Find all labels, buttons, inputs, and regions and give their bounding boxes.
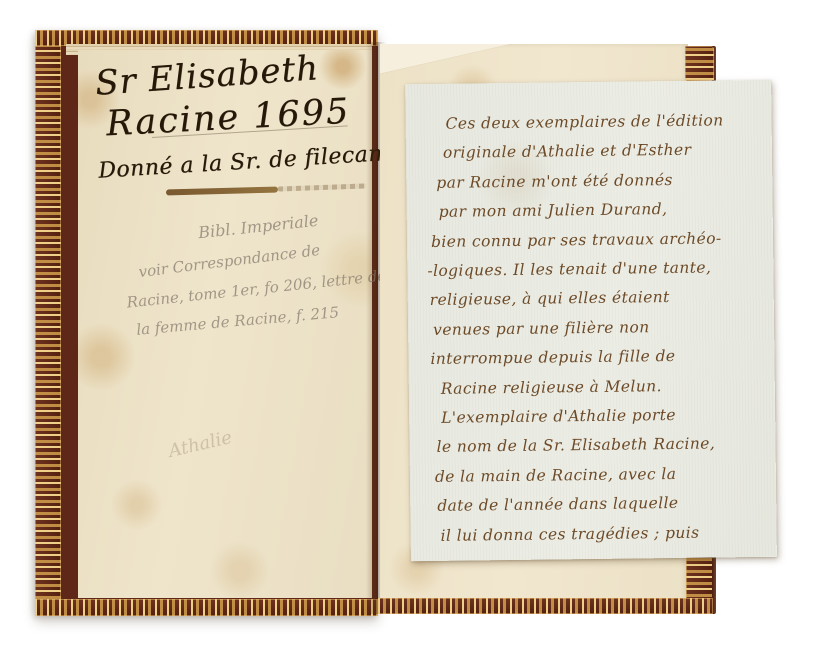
letter-line: -logiques. Il les tenait d'une tante, [427,253,765,287]
gilt-corner-top-right [685,46,714,80]
letter-line: interrompue depuis la fille de [430,341,766,375]
letter-line: de la main de Racine, avec la [435,459,768,492]
page-corner-fold [380,44,512,74]
inserted-letter-sheet: Ces deux exemplaires de l'édition origin… [405,80,777,561]
letter-line: le nom de la Sr. Elisabeth Racine, [436,429,767,462]
letter-line: religieuse, à qui elles étaient [430,282,766,316]
gilt-border-bottom-right [378,598,713,614]
letter-line: date de l'année dans laquelle [437,488,768,521]
letter-line: venues par une filière non [433,312,766,345]
letter-line: Ces deux exemplaires de l'édition [445,106,763,139]
letter-text-block: Ces deux exemplaires de l'édition origin… [405,80,777,552]
letter-line: par Racine m'ont été donnés [436,165,764,198]
letter-line: originale d'Athalie et d'Esther [443,135,764,168]
gilt-border-left [35,30,61,616]
gilt-border-bottom [35,599,378,616]
letter-line: bien connu par ses travaux archéo- [431,223,765,256]
book-photograph: Sr Elisabeth Racine 1695 Donné a la Sr. … [0,0,840,656]
letter-line: Racine religieuse à Melun. [441,371,767,404]
letter-line: par mon ami Julien Durand, [438,194,764,227]
letter-line: il lui donna ces tragédies ; puis [440,518,768,551]
letter-line: L'exemplaire d'Athalie porte [441,400,767,433]
